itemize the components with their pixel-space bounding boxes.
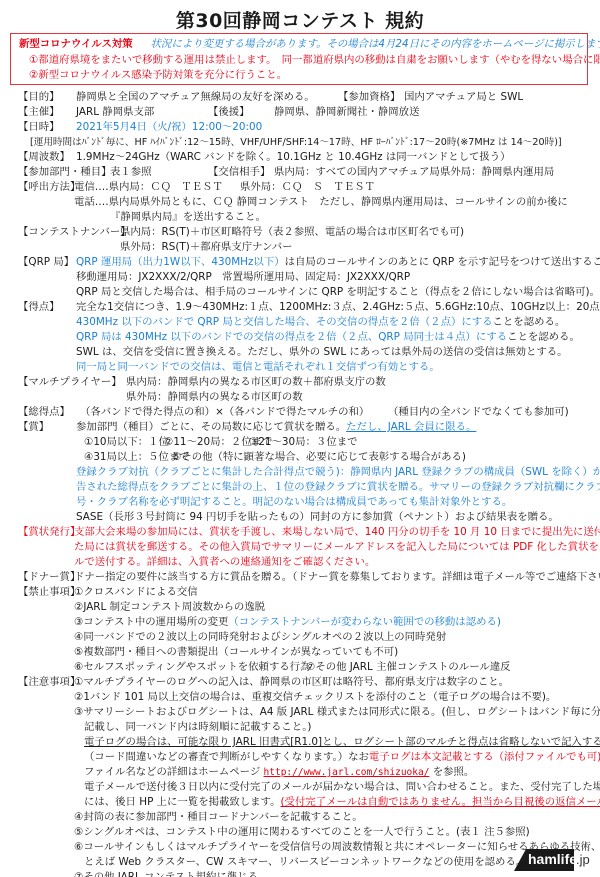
- prohibited-6: ⑥セルフスポッティングやスポットを依頼する行為⑦その他 JARL 主催コンテスト…: [74, 660, 310, 675]
- rule-number-out: 県外局：RS(T)＋都府県支庁ナンバー: [120, 240, 293, 255]
- rule-notes: 【注意事項】①マルチプライヤーのログへの記入は、静岡県の市区町は略符号、都府県支…: [18, 675, 80, 690]
- notes-2: ②1バンド 101 局以上交信の場合は、重複交信チェックリストを添付のこと（電子…: [74, 690, 556, 705]
- rule-score-5: 同一局と同一バンドでの交信は、電信と電話それぞれ１交信ずつ有効とする。: [76, 360, 440, 375]
- rule-prohibited: 【禁止事項】①クロスバンドによる交信: [18, 585, 80, 600]
- rule-calling-phone: 電話‥‥県内局県外局ともに、ＣＱ 静岡コンテスト ただし、静岡県内運用局は、コー…: [74, 195, 568, 210]
- rule-issue: 【賞状発行】支部大会来場の参加局には、賞状を手渡し、来場しない局で、140 円分…: [18, 525, 80, 540]
- notes-3c: 電子ログの場合は、可能な限り JARL 旧書式[R1.0]とし、ログシート部のマ…: [84, 735, 600, 750]
- rule-award-sase: SASE（長形３号封筒に 94 円切手を貼ったもの）同封の方に参加賞（ペナント）…: [76, 510, 559, 525]
- rule-score-2: 430MHz 以下のバンドで QRP 局と交信した場合、その交信の得点を２倍（２…: [76, 315, 565, 330]
- notice-note: 状況により変更する場合があります。その場合は4月24日にその内容をホームページに…: [151, 38, 600, 50]
- rule-frequency: 【周波数】1.9MHz〜24GHz（WARC バンドを除く。10.1GHz と …: [18, 150, 70, 165]
- rule-score-4: SWL は、交信を受信に置き換える。ただし、県外の SWL にあっては県外局の送…: [76, 345, 568, 360]
- homepage-link[interactable]: http://www.jarl.com/shizuoka/: [264, 767, 430, 778]
- notes-7: ⑦その他 JARL コンテスト規約に準じる。: [74, 870, 268, 877]
- rule-award-ranks-2: ④31局以上：５位まで⑤その他（特に顕著な場合、必要に応じて表彰する場合がある): [84, 450, 190, 465]
- rule-organizer: 【主催】JARL 静岡県支部【後援】静岡県、静岡新聞社・静岡放送: [18, 105, 60, 120]
- notes-3e: ファイル名などの詳細はホームページ http://www.jarl.com/sh…: [84, 765, 474, 780]
- rule-score-3: QRP 局は 430MHz 以下のバンドでの交信の得点を２倍（２点、QRP 局同…: [76, 330, 580, 345]
- rule-award-club-1: 登録クラブ対抗（クラブごとに集計した合計得点で競う)：静岡県内 JARL 登録ク…: [76, 465, 600, 480]
- rule-award-club-3: 号・クラブ名称を必ず明記すること。明記のない場合は構成員であっても集計対象外とす…: [76, 495, 512, 510]
- rule-multiplier: 【マルチプライヤー】県内局：静岡県内の異なる市区町の数＋都府県支庁の数: [18, 375, 122, 390]
- rule-issue-3: ルで送付する。詳細は、入賞者への連絡通知をご確認ください。: [74, 555, 375, 570]
- rule-datetime-sub: [運用時間はﾊﾞﾝﾄﾞ毎に、HF ﾊｲﾊﾞﾝﾄﾞ:12〜15時、VHF/UHF/…: [30, 135, 562, 150]
- notes-3: ③サマリーシートおよびログシートは、A4 版 JARL 様式または同形式に限る。…: [74, 705, 600, 720]
- prohibited-3: ③コンテスト中の運用場所の変更（コンテストナンバーが変わらない範囲での移動は認め…: [74, 615, 501, 630]
- rule-issue-2: た局には賞状を郵送する。その他入賞局でサマリーにメールアドレスを記入した局につい…: [74, 540, 600, 555]
- rule-qrp-3: QRP 局と交信した場合は、相手局のコールサインに QRP を明記すること（得点…: [76, 285, 600, 300]
- rule-calling-phone2: 『静岡県内局』を送出すること。: [110, 210, 266, 225]
- jarl-member-link[interactable]: ただし、JARL 会員に限る。: [346, 421, 476, 433]
- page-title: 第30回静岡コンテスト 規約: [0, 6, 600, 33]
- notes-3b: 記載し、同一バンド内は時刻順に記載すること。): [84, 720, 311, 735]
- rule-calling: 【呼出方法】電信‥‥県内局：ＣＱ ＴＥＳＴ県外局：ＣＱ Ｓ ＴＥＳＴ: [18, 180, 80, 195]
- prohibited-4: ④同一バンドでの２波以上の同時発射およびシングルオペの２波以上の同時発射: [74, 630, 446, 645]
- hamlife-watermark-logo: hamlife .jp: [514, 849, 594, 871]
- rule-qrp-2: 移動運用局：JX2XXX/2/QRP 常置場所運用局、固定局：JX2XXX/QR…: [76, 270, 410, 285]
- notes-3f: 電子メールで送付後３日以内に受付完了のメールが届かない場合は、問い合わせること。…: [84, 780, 600, 795]
- notice-heading: 新型コロナウイルス対策: [19, 38, 133, 50]
- rule-multiplier-out: 県外局：静岡県内の異なる市区町の数: [126, 390, 303, 405]
- notice-item-1: ①都道府県境をまたいで移動する運用は禁止します。 同一都道府県内の移動は自粛をお…: [19, 53, 579, 69]
- rule-award: 【賞】参加部門（種目）ごとに、その局数に応じて賞状を贈る。ただし、JARL 会員…: [18, 420, 49, 435]
- rule-datetime: 【日時】2021年5月4日（火/祝）12:00〜20:00: [18, 120, 60, 135]
- prohibited-5: ⑤複数部門・種目への書類提出（コールサインが異なっていても不可): [74, 645, 398, 660]
- prohibited-2: ②JARL 制定コンテスト周波数からの逸脱: [74, 600, 265, 615]
- rule-number: 【コンテストナンバー】県内局：RS(T)＋市区町略符号（表２参照、電話の場合は市…: [18, 225, 131, 240]
- rule-total: 【総得点】（各バンドで得た得点の和）×（各バンドで得たマルチの和）（種目内の全バ…: [18, 405, 70, 420]
- covid-notice: 新型コロナウイルス対策状況により変更する場合があります。その場合は4月24日にそ…: [10, 33, 588, 85]
- notes-6b: とえば Web クラスター、CW スキマー、リバースビーコンネットワークなどの使…: [84, 855, 526, 870]
- notes-5: ⑤シングルオペは、コンテスト中の運用に関わるすべてのことを一人で行うこと。(表１…: [74, 825, 530, 840]
- rule-purpose: 【目的】静岡県と全国のアマチュア無線局の友好を深める。【参加資格】国内アマチュア…: [18, 90, 60, 105]
- rule-qrp: 【QRP 局】QRP 運用局（出力1W以下、430MHz以下）は自局のコールサイ…: [18, 255, 74, 270]
- rule-score: 【得点】完全な1交信につき、1.9〜430MHz:１点、1200MHz:３点、2…: [18, 300, 60, 315]
- notice-item-2: ②新型コロナウイルス感染予防対策を充分に行うこと。: [19, 68, 579, 84]
- rule-award-club-2: 告された総得点をクラブごとに集計の上、１位の登録クラブに賞状を贈る。サマリーの登…: [76, 480, 600, 495]
- rule-award-ranks-1: ①10局以下：１位②11〜20局：２位まで③21〜30局：３位まで: [84, 435, 169, 450]
- rule-category: 【参加部門・種目】表１参照【交信相手】県内局：すべての国内アマチュア局県外局：静…: [18, 165, 112, 180]
- notes-4: ④封筒の表に参加部門・種目コードナンバーを記載すること。: [74, 810, 363, 825]
- notes-3d: （コード間違いなどの審査で判断がしやすくなります。）なお電子ログは本文記載とする…: [84, 750, 600, 765]
- notes-3g: には、後日 HP 上に一覧を掲載致します。(受付完了メールは自動ではありません。…: [84, 795, 600, 810]
- rule-donor: 【ドナー賞】ドナー指定の要件に該当する方に賞品を贈る。（ドナー賞を募集しておりま…: [18, 570, 80, 585]
